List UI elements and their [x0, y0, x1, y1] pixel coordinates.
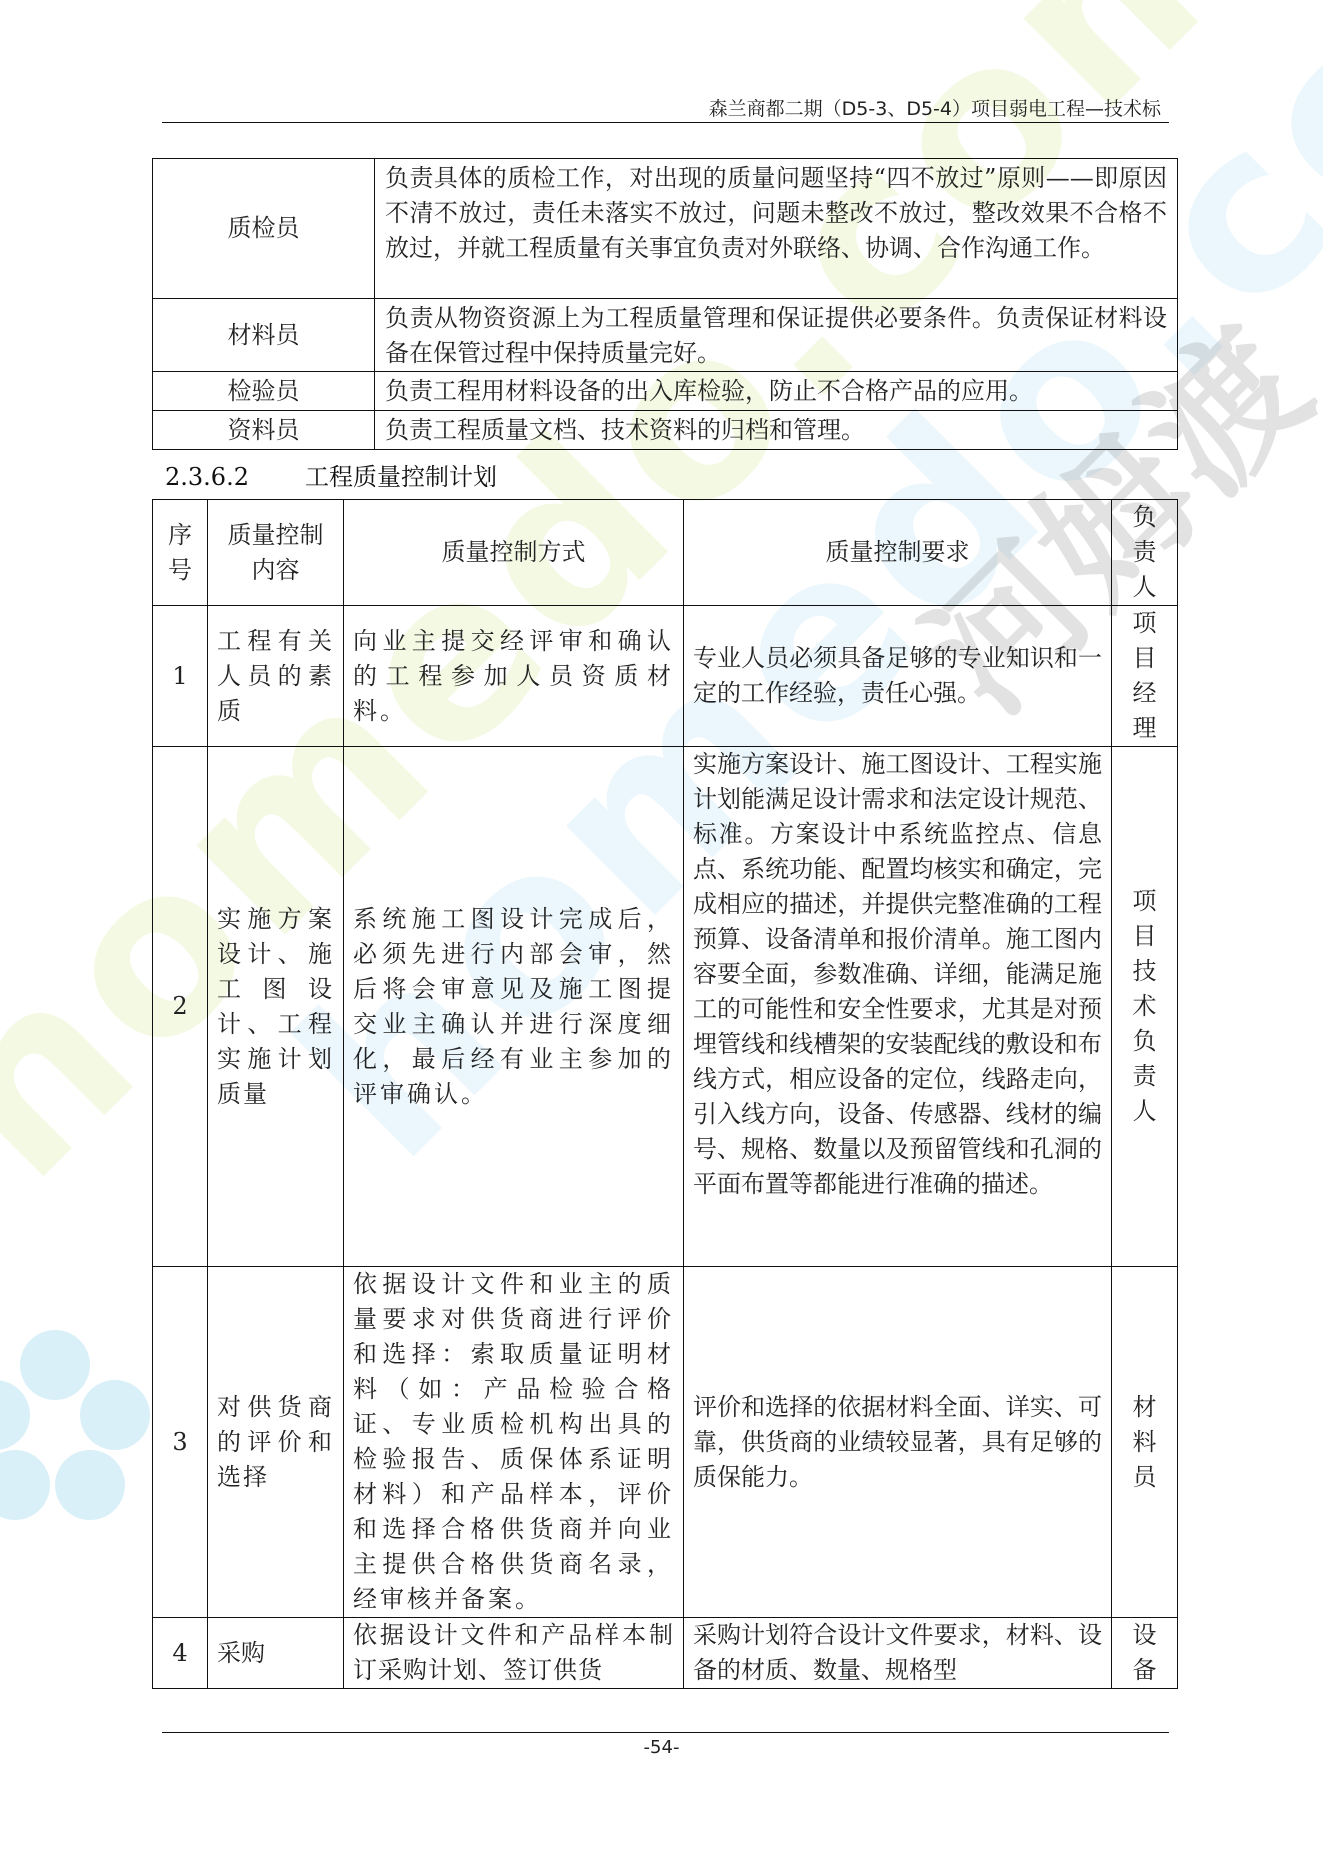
- row-owner: 材料员: [1112, 1267, 1178, 1618]
- row-method: 向业主提交经评审和确认的工程参加人员资质材料。: [344, 606, 684, 747]
- row-seq: 1: [153, 606, 208, 747]
- table-row: 4 采购 依据设计文件和产品样本制订采购计划、签订供货 采购计划符合设计文件要求…: [153, 1618, 1178, 1689]
- row-content: 工程有关人员的素质: [208, 606, 344, 747]
- page-number: -54-: [0, 1737, 1323, 1758]
- table-header-row: 序号 质量控制内容 质量控制方式 质量控制要求 负责人: [153, 500, 1178, 606]
- row-requirement: 专业人员必须具备足够的专业知识和一定的工作经验，责任心强。: [684, 606, 1112, 747]
- role-name: 检验员: [153, 372, 375, 411]
- row-requirement: 采购计划符合设计文件要求，材料、设备的材质、数量、规格型: [684, 1618, 1112, 1689]
- table-row: 检验员 负责工程用材料设备的出入库检验，防止不合格产品的应用。: [153, 372, 1178, 411]
- table-row: 资料员 负责工程质量文档、技术资料的归档和管理。: [153, 411, 1178, 450]
- role-name: 材料员: [153, 299, 375, 372]
- row-requirement: 评价和选择的依据材料全面、详实、可靠，供货商的业绩较显著，具有足够的质保能力。: [684, 1267, 1112, 1618]
- row-method: 依据设计文件和产品样本制订采购计划、签订供货: [344, 1618, 684, 1689]
- row-seq: 4: [153, 1618, 208, 1689]
- row-owner: 设备: [1112, 1618, 1178, 1689]
- role-description: 负责具体的质检工作，对出现的质量问题坚持“四不放过”原则——即原因不清不放过，责…: [375, 159, 1178, 299]
- section-title: 工程质量控制计划: [305, 463, 497, 491]
- document-title: 森兰商都二期（D5-3、D5-4）项目弱电工程—技术标: [709, 94, 1161, 121]
- table-row: 材料员 负责从物资资源上为工程质量管理和保证提供必要条件。负责保证材料设备在保管…: [153, 299, 1178, 372]
- row-content: 对供货商的评价和选择: [208, 1267, 344, 1618]
- table-row: 3 对供货商的评价和选择 依据设计文件和业主的质量要求对供货商进行评价和选择：索…: [153, 1267, 1178, 1618]
- row-content: 实施方案设计、施工图设计、工程实施计划质量: [208, 747, 344, 1267]
- quality-control-plan-table: 序号 质量控制内容 质量控制方式 质量控制要求 负责人 1 工程有关人员的素质 …: [152, 499, 1178, 1689]
- footer-divider: [162, 1732, 1169, 1733]
- row-owner: 项目技术负责人: [1112, 747, 1178, 1267]
- row-seq: 3: [153, 1267, 208, 1618]
- table-row: 2 实施方案设计、施工图设计、工程实施计划质量 系统施工图设计完成后，必须先进行…: [153, 747, 1178, 1267]
- row-requirement: 实施方案设计、施工图设计、工程实施计划能满足设计需求和法定设计规范、标准。方案设…: [684, 747, 1112, 1267]
- section-heading: 2.3.6.2工程质量控制计划: [165, 457, 497, 492]
- quality-roles-table: 质检员 负责具体的质检工作，对出现的质量问题坚持“四不放过”原则——即原因不清不…: [152, 158, 1178, 450]
- row-content: 采购: [208, 1618, 344, 1689]
- section-number: 2.3.6.2: [165, 463, 305, 491]
- table-row: 1 工程有关人员的素质 向业主提交经评审和确认的工程参加人员资质材料。 专业人员…: [153, 606, 1178, 747]
- table-row: 质检员 负责具体的质检工作，对出现的质量问题坚持“四不放过”原则——即原因不清不…: [153, 159, 1178, 299]
- row-seq: 2: [153, 747, 208, 1267]
- row-method: 依据设计文件和业主的质量要求对供货商进行评价和选择：索取质量证明材料（如：产品检…: [344, 1267, 684, 1618]
- header-content: 质量控制内容: [208, 500, 344, 606]
- role-description: 负责工程质量文档、技术资料的归档和管理。: [375, 411, 1178, 450]
- role-description: 负责从物资资源上为工程质量管理和保证提供必要条件。负责保证材料设备在保管过程中保…: [375, 299, 1178, 372]
- role-name: 资料员: [153, 411, 375, 450]
- header-owner: 负责人: [1112, 500, 1178, 606]
- page-header: 森兰商都二期（D5-3、D5-4）项目弱电工程—技术标: [162, 94, 1169, 123]
- header-seq: 序号: [153, 500, 208, 606]
- role-description: 负责工程用材料设备的出入库检验，防止不合格产品的应用。: [375, 372, 1178, 411]
- watermark-flower-logo-icon: [0, 1330, 150, 1520]
- header-requirement: 质量控制要求: [684, 500, 1112, 606]
- role-name: 质检员: [153, 159, 375, 299]
- row-method: 系统施工图设计完成后，必须先进行内部会审，然后将会审意见及施工图提交业主确认并进…: [344, 747, 684, 1267]
- row-owner: 项目经理: [1112, 606, 1178, 747]
- header-method: 质量控制方式: [344, 500, 684, 606]
